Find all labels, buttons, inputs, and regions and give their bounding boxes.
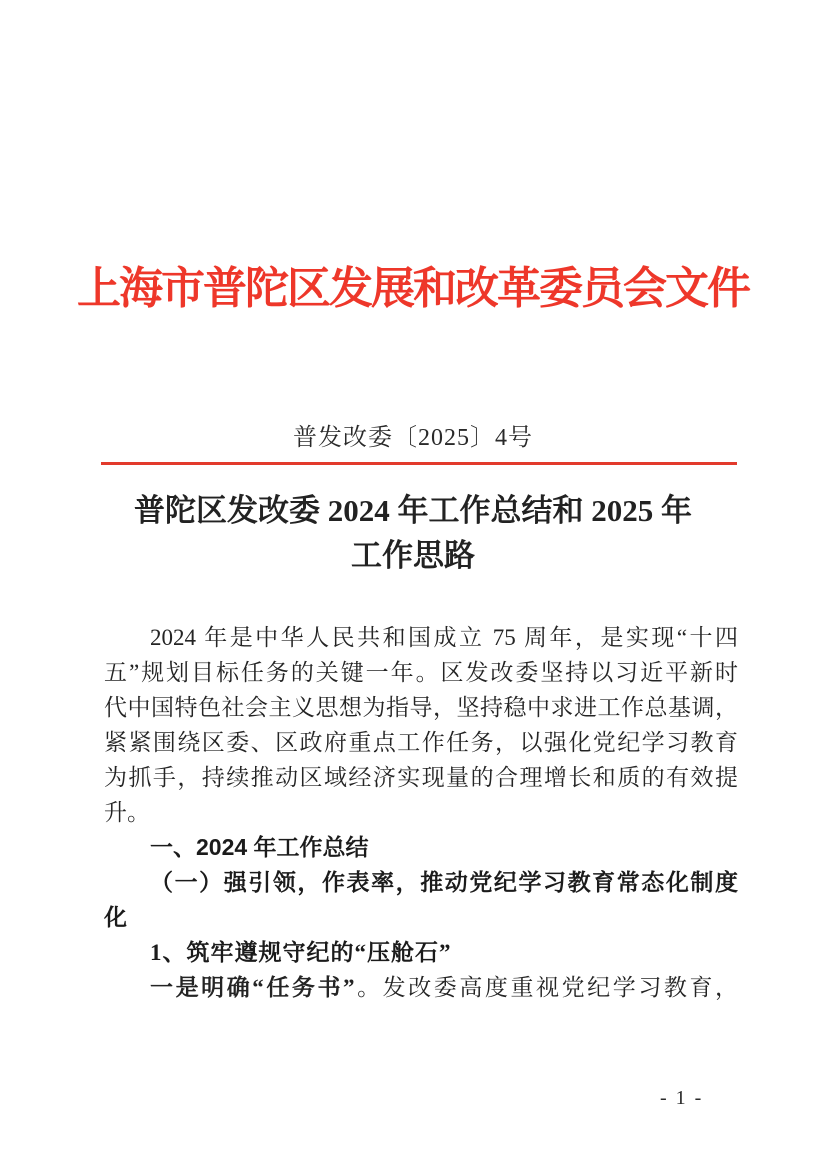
red-divider-line <box>101 462 737 465</box>
document-title: 普陀区发改委 2024 年工作总结和 2025 年 工作思路 <box>60 488 766 578</box>
document-title-line2: 工作思路 <box>60 533 766 578</box>
body-text-line: 2024 年是中华人民共和国成立 75 周年，是实现“十四 <box>104 620 738 655</box>
document-header-banner: 上海市普陀区发展和改革委员会文件 <box>40 260 786 317</box>
document-title-line1: 普陀区发改委 2024 年工作总结和 2025 年 <box>60 488 766 533</box>
body-text-line: 代中国特色社会主义思想为指导，坚持稳中求进工作总基调， <box>104 690 738 725</box>
paragraph-continuation: 。发改委高度重视党纪学习教育， <box>355 975 738 1000</box>
body-text-line: 升。 <box>104 795 738 830</box>
document-page: 上海市普陀区发展和改革委员会文件 普发改委〔2025〕4号 普陀区发改委 202… <box>0 0 826 1169</box>
body-text-line: 紧紧围绕区委、区政府重点工作任务，以强化党纪学习教育 <box>104 725 738 760</box>
page-number: - 1 - <box>660 1086 703 1110</box>
subsection-heading-line2: 化 <box>104 900 738 935</box>
paragraph-lead-bold: 一是明确“任务书” <box>150 975 355 1000</box>
document-number: 普发改委〔2025〕4号 <box>0 422 826 454</box>
body-text-line: 为抓手，持续推动区域经济实现量的合理增长和质的有效提 <box>104 760 738 795</box>
body-text-line: 五”规划目标任务的关键一年。区发改委坚持以习近平新时 <box>104 655 738 690</box>
body-text-line-mixed: 一是明确“任务书”。发改委高度重视党纪学习教育， <box>104 970 738 1005</box>
document-body: 2024 年是中华人民共和国成立 75 周年，是实现“十四 五”规划目标任务的关… <box>104 620 738 1005</box>
sub-subsection-heading: 1、筑牢遵规守纪的“压舱石” <box>104 935 738 970</box>
subsection-heading-line1: （一）强引领，作表率，推动党纪学习教育常态化制度 <box>104 865 738 900</box>
section-heading-1: 一、2024 年工作总结 <box>104 830 738 865</box>
